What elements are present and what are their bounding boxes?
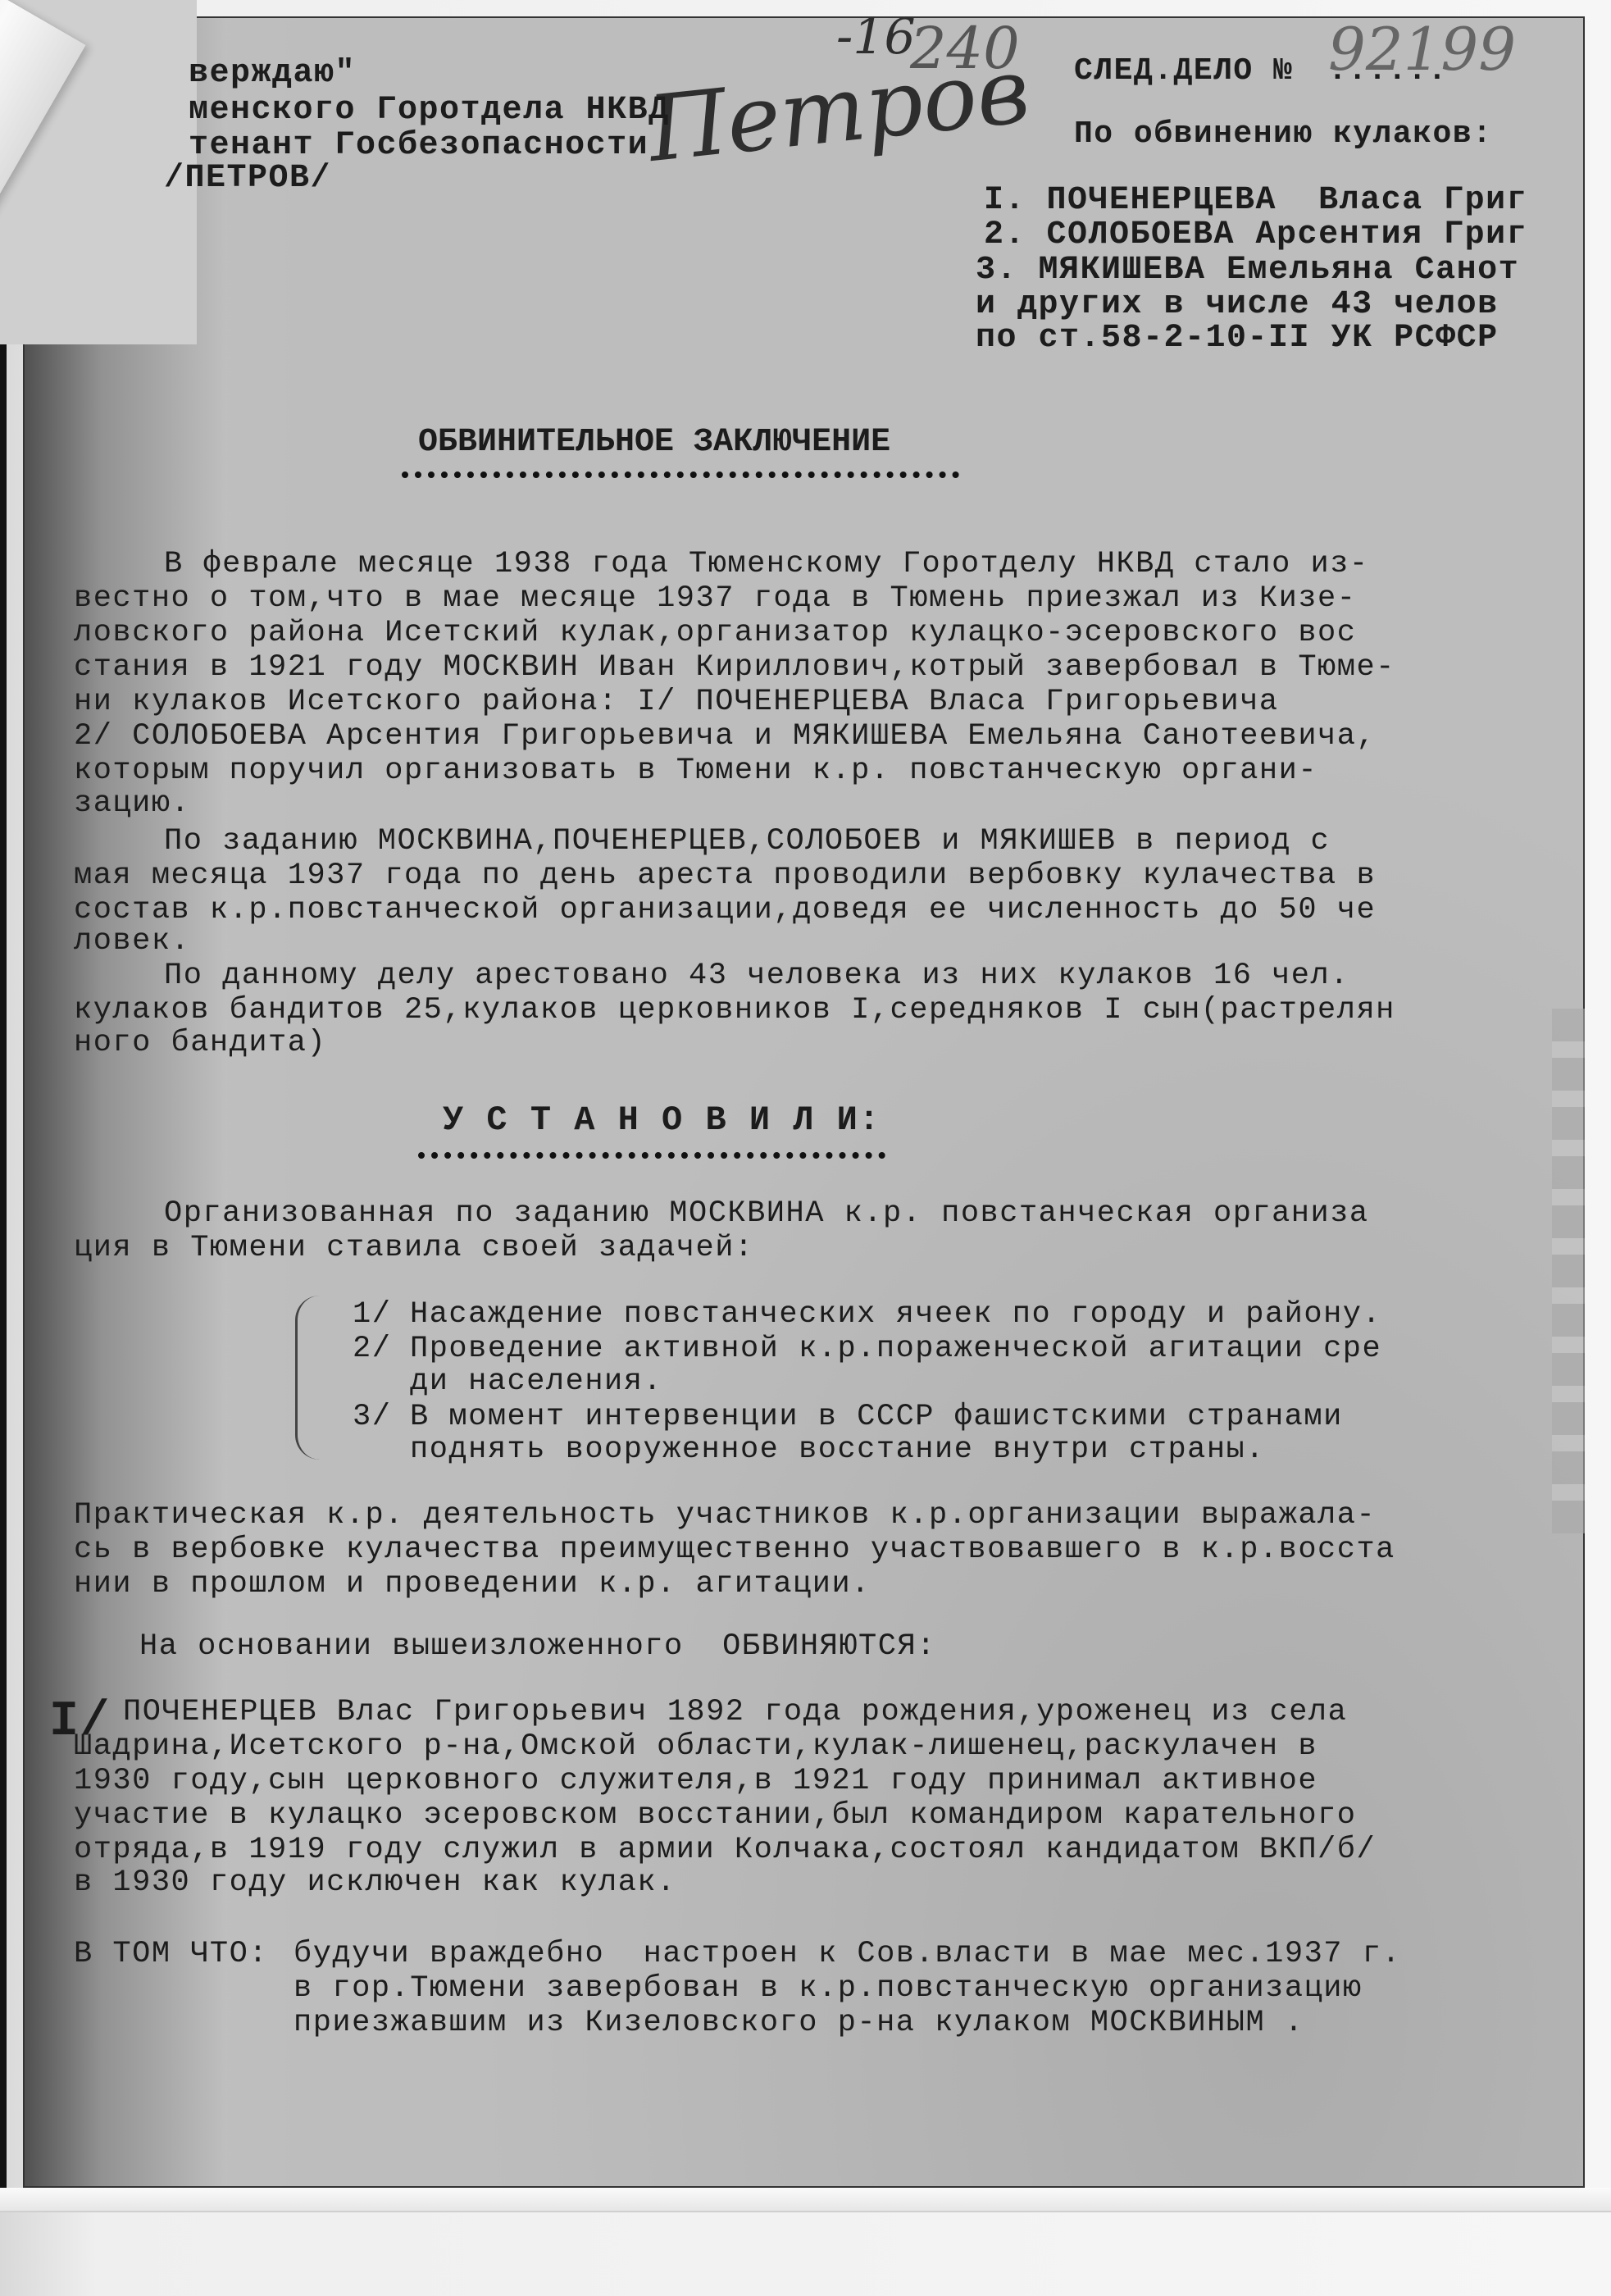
approval-line-1: верждаю"	[189, 57, 356, 90]
task-item-2-line-2: ди населения.	[410, 1367, 662, 1397]
task-item-3-line-2: поднять вооруженное восстание внутри стр…	[410, 1435, 1265, 1465]
activity-line-3: нии в прошлом и проведении к.р. агитации…	[74, 1569, 871, 1600]
intro-line-6: 2/ СОЛОБОЕВА Арсентия Григорьевича и МЯК…	[74, 722, 1376, 752]
intro-line-8: зацию.	[74, 789, 190, 819]
page-bottom-edge	[0, 2188, 1611, 2212]
intro-line-4: стания в 1921 году МОСКВИН Иван Кириллов…	[74, 653, 1395, 683]
intro-line-3: ловского района Исетский кулак,организат…	[74, 618, 1356, 649]
arrest-line-2: кулаков бандитов 25,кулаков церковников …	[74, 995, 1395, 1026]
charge-line-3: приезжавшим из Кизеловского р-на кулаком…	[294, 2008, 1304, 2039]
approval-line-3: тенант Госбезопасности	[189, 130, 648, 162]
task-item-1-number: 1/	[353, 1300, 391, 1330]
task-item-2-number: 2/	[353, 1334, 391, 1364]
accused-bio-line-2: Шадрина,Исетского р-на,Омской области,ку…	[74, 1732, 1317, 1762]
task-item-2-line-1: Проведение активной к.р.пораженческой аг…	[410, 1334, 1381, 1364]
task-line-3: состав к.р.повстанческой организации,дов…	[74, 895, 1376, 926]
torn-right-edge	[1552, 1009, 1585, 1533]
accusation-intro: По обвинению кулаков:	[1074, 119, 1492, 150]
charge-line-1: будучи враждебно настроен к Сов.власти в…	[294, 1939, 1401, 1970]
accused-heading: На основании вышеизложенного ОБВИНЯЮТСЯ:	[139, 1632, 936, 1662]
accused-bio-line-5: отряда,в 1919 году служил в армии Колчак…	[74, 1835, 1376, 1865]
intro-line-7: которым поручил организовать в Тюмени к.…	[74, 756, 1317, 786]
accused-bio-line-3: 1930 году,сын церковного служителя,в 192…	[74, 1766, 1317, 1797]
criminal-article: по ст.58-2-10-II УК РСФСР	[976, 322, 1499, 355]
list-brace	[295, 1296, 330, 1460]
activity-line-1: Практическая к.р. деятельность участнико…	[74, 1501, 1376, 1531]
task-item-3-number: 3/	[353, 1402, 391, 1433]
task-item-1: Насаждение повстанческих ячеек по городу…	[410, 1300, 1381, 1330]
accused-bio-line-6: в 1930 году исключен как кулак.	[74, 1868, 676, 1898]
org-line-1: Организованная по заданию МОСКВИНА к.р. …	[164, 1199, 1369, 1229]
intro-line-1: В феврале месяце 1938 года Тюменскому Го…	[164, 549, 1369, 580]
org-line-2: ция в Тюмени ставила своей задачей:	[74, 1233, 754, 1264]
charge-label: В ТОМ ЧТО:	[74, 1939, 268, 1970]
case-number-dots: ......	[1328, 56, 1448, 87]
approval-line-2: менского Горотдела НКВД	[189, 94, 670, 127]
intro-line-2: вестно о том,что в мае месяце 1937 года …	[74, 584, 1356, 614]
approval-signatory: /ПЕТРОВ/	[164, 162, 331, 195]
arrest-line-3: ного бандита)	[74, 1028, 326, 1059]
accused-2: 2. СОЛОБОЕВА Арсентия Григ	[984, 219, 1527, 252]
document-title: ОБВИНИТЕЛЬНОЕ ЗАКЛЮЧЕНИЕ	[418, 426, 890, 459]
intro-line-5: ни кулаков Исетского района: I/ ПОЧЕНЕРЦ…	[74, 687, 1279, 717]
charge-line-2: в гор.Тюмени завербован в к.р.повстанчес…	[294, 1974, 1363, 2004]
activity-line-2: сь в вербовке кулачества преимущественно…	[74, 1535, 1395, 1565]
established-underline	[418, 1152, 885, 1159]
title-underline	[402, 471, 959, 478]
task-line-2: мая месяца 1937 года по день ареста пров…	[74, 861, 1376, 891]
scan-edge-shadow	[0, 213, 7, 2198]
others-count: и других в числе 43 челов	[976, 289, 1499, 321]
accused-1: I. ПОЧЕНЕРЦЕВА Власа Григ	[984, 184, 1527, 217]
accused-bio-line-4: участие в кулацко эсеровском восстании,б…	[74, 1801, 1356, 1831]
task-item-3-line-1: В момент интервенции в СССР фашистскими …	[410, 1402, 1343, 1433]
established-heading: У С Т А Н О В И Л И:	[443, 1103, 881, 1137]
task-line-4: ловек.	[74, 927, 190, 957]
arrest-line-1: По данному делу арестовано 43 человека и…	[164, 961, 1349, 991]
task-line-1: По заданию МОСКВИНА,ПОЧЕНЕРЦЕВ,СОЛОБОЕВ …	[164, 827, 1330, 857]
accused-3: 3. МЯКИШЕВА Емельяна Санот	[976, 254, 1519, 287]
accused-bio-line-1: ПОЧЕНЕРЦЕВ Влас Григорьевич 1892 года ро…	[123, 1697, 1347, 1728]
case-number-label: СЛЕД.ДЕЛО №	[1074, 56, 1293, 87]
